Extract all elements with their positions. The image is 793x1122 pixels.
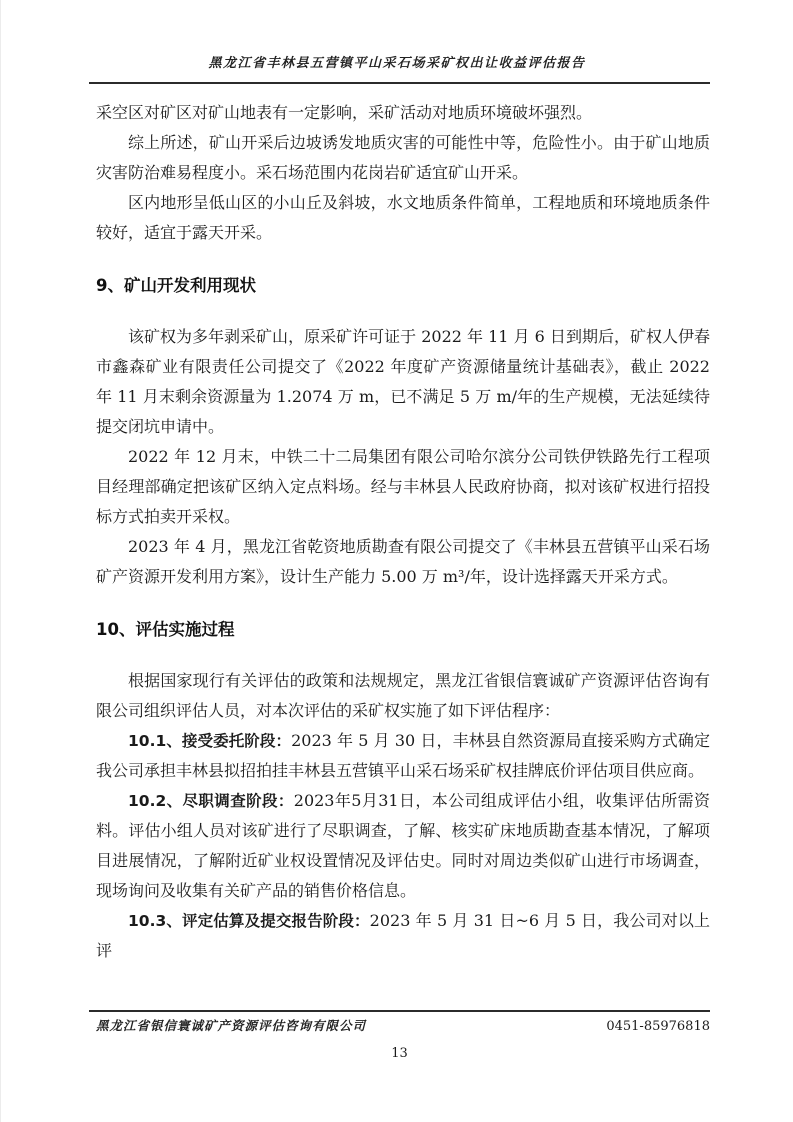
page-header: 黑龙江省丰林县五营镇平山采石场采矿权出让收益评估报告 (1, 0, 793, 84)
header-rule (89, 82, 710, 84)
body-paragraph: 2022 年 12 月末，中铁二十二局集团有限公司哈尔滨分公司铁伊铁路先行工程项… (96, 442, 710, 532)
body-paragraph: 10.1、接受委托阶段：2023 年 5 月 30 日，丰林县自然资源局直接采购… (96, 726, 710, 786)
body-paragraph: 综上所述，矿山开采后边坡诱发地质灾害的可能性中等，危险性小。由于矿山地质灾害防治… (96, 128, 710, 188)
page-footer: 黑龙江省银信寰诚矿产资源评估咨询有限公司 0451-85976818 13 (89, 1010, 710, 1061)
paragraph-lead: 10.2、尽职调查阶段： (128, 792, 294, 810)
footer-phone-number: 0451-85976818 (606, 1019, 710, 1034)
document-page: { "header": { "title": "黑龙江省丰林县五营镇平山采石场采… (0, 0, 793, 1122)
section-heading-9: 9、矿山开发利用现状 (96, 272, 710, 300)
header-title: 黑龙江省丰林县五营镇平山采石场采矿权出让收益评估报告 (1, 0, 793, 71)
section-heading-10: 10、评估实施过程 (96, 616, 710, 644)
footer-row: 黑龙江省银信寰诚矿产资源评估咨询有限公司 0451-85976818 (89, 1012, 710, 1034)
paragraph-lead: 10.1、接受委托阶段： (128, 732, 291, 750)
page-number: 13 (89, 1046, 710, 1061)
body-paragraph: 根据国家现行有关评估的政策和法规规定，黑龙江省银信寰诚矿产资源评估咨询有限公司组… (96, 666, 710, 726)
footer-company-name: 黑龙江省银信寰诚矿产资源评估咨询有限公司 (96, 1016, 366, 1034)
body-paragraph: 10.3、评定估算及提交报告阶段：2023 年 5 月 31 日~6 月 5 日… (96, 906, 710, 966)
body-paragraph: 区内地形呈低山区的小山丘及斜坡，水文地质条件简单，工程地质和环境地质条件较好，适… (96, 188, 710, 248)
paragraph-lead: 10.3、评定估算及提交报告阶段： (128, 912, 370, 930)
body-paragraph: 10.2、尽职调查阶段：2023年5月31日，本公司组成评估小组，收集评估所需资… (96, 786, 710, 906)
body-paragraph: 该矿权为多年剥采矿山，原采矿许可证于 2022 年 11 月 6 日到期后，矿权… (96, 322, 710, 442)
document-body: 采空区对矿区对矿山地表有一定影响，采矿活动对地质环境破坏强烈。 综上所述，矿山开… (96, 98, 710, 966)
body-paragraph: 采空区对矿区对矿山地表有一定影响，采矿活动对地质环境破坏强烈。 (96, 98, 710, 128)
body-paragraph: 2023 年 4 月，黑龙江省乾资地质勘查有限公司提交了《丰林县五营镇平山采石场… (96, 532, 710, 592)
